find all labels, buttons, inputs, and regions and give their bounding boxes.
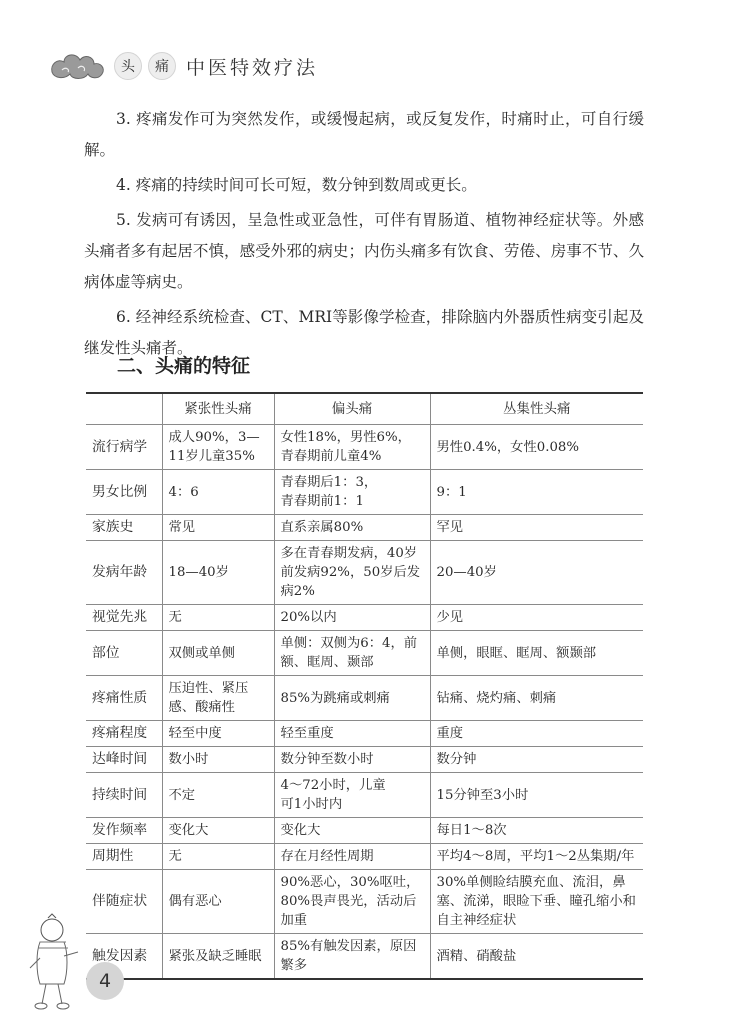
table-row: 发病年龄18—40岁多在青春期发病，40岁前发病92%，50岁后发病2%20—4… [86, 541, 643, 605]
auspicious-cloud-icon [48, 48, 108, 84]
table-row-header: 家族史 [86, 515, 162, 541]
table-cell: 轻至重度 [274, 721, 430, 747]
table-cell: 无 [162, 844, 274, 870]
table-header-cell: 丛集性头痛 [430, 393, 643, 425]
table-cell: 85%有触发因素，原因繁多 [274, 934, 430, 980]
book-title: 中医特效疗法 [186, 53, 318, 80]
table-row: 周期性无存在月经性周期平均4～8周，平均1～2丛集期/年 [86, 844, 643, 870]
table-cell: 15分钟至3小时 [430, 773, 643, 818]
table-cell: 数分钟至数小时 [274, 747, 430, 773]
body-text: 3. 疼痛发作可为突然发作，或缓慢起病，或反复发作，时痛时止，可自行缓解。 4.… [84, 104, 644, 368]
table-row-header: 流行病学 [86, 425, 162, 470]
table-row-header: 视觉先兆 [86, 605, 162, 631]
table-row: 家族史常见直系亲属80%罕见 [86, 515, 643, 541]
table-cell: 压迫性、紧压感、酸痛性 [162, 676, 274, 721]
table-cell: 85%为跳痛或刺痛 [274, 676, 430, 721]
table-cell: 少见 [430, 605, 643, 631]
table-cell: 双侧或单侧 [162, 631, 274, 676]
section-title: 二、头痛的特征 [117, 351, 250, 378]
table-row-header: 男女比例 [86, 470, 162, 515]
table-row: 持续时间不定4～72小时，儿童可1小时内15分钟至3小时 [86, 773, 643, 818]
child-figure-illustration [22, 912, 84, 1012]
table-row-header: 周期性 [86, 844, 162, 870]
table-cell: 每日1～8次 [430, 818, 643, 844]
table-row: 触发因素紧张及缺乏睡眠85%有触发因素，原因繁多酒精、硝酸盐 [86, 934, 643, 980]
table-cell: 酒精、硝酸盐 [430, 934, 643, 980]
table-header-row: 紧张性头痛 偏头痛 丛集性头痛 [86, 393, 643, 425]
table-cell: 钻痛、烧灼痛、刺痛 [430, 676, 643, 721]
table-cell: 平均4～8周，平均1～2丛集期/年 [430, 844, 643, 870]
table-cell: 不定 [162, 773, 274, 818]
table-cell: 紧张及缺乏睡眠 [162, 934, 274, 980]
table-row: 视觉先兆无20%以内少见 [86, 605, 643, 631]
paragraph: 5. 发病可有诱因，呈急性或亚急性，可伴有胃肠道、植物神经症状等。外感头痛者多有… [84, 205, 644, 298]
table-row-header: 发作频率 [86, 818, 162, 844]
table-cell: 数分钟 [430, 747, 643, 773]
table-row-header: 疼痛性质 [86, 676, 162, 721]
table-cell: 男性0.4%，女性0.08% [430, 425, 643, 470]
table-header-cell: 偏头痛 [274, 393, 430, 425]
running-header: 头 痛 中医特效疗法 [48, 48, 318, 84]
table-cell: 直系亲属80% [274, 515, 430, 541]
table-cell: 变化大 [274, 818, 430, 844]
table-cell: 多在青春期发病，40岁前发病92%，50岁后发病2% [274, 541, 430, 605]
paragraph: 4. 疼痛的持续时间可长可短，数分钟到数周或更长。 [84, 170, 644, 201]
table-cell: 9：1 [430, 470, 643, 515]
table-row: 达峰时间数小时数分钟至数小时数分钟 [86, 747, 643, 773]
table-row-header: 部位 [86, 631, 162, 676]
table-cell: 常见 [162, 515, 274, 541]
header-circle-char: 痛 [148, 52, 176, 80]
table-row-header: 伴随症状 [86, 870, 162, 934]
table-cell: 18—40岁 [162, 541, 274, 605]
table-row-header: 发病年龄 [86, 541, 162, 605]
table-cell: 无 [162, 605, 274, 631]
table-row: 部位双侧或单侧单侧：双侧为6：4，前额、眶周、颞部单侧，眼眶、眶周、额颞部 [86, 631, 643, 676]
table-cell: 罕见 [430, 515, 643, 541]
table-row-header: 疼痛程度 [86, 721, 162, 747]
table-row: 男女比例4：6青春期后1：3，青春期前1：19：1 [86, 470, 643, 515]
paragraph: 3. 疼痛发作可为突然发作，或缓慢起病，或反复发作，时痛时止，可自行缓解。 [84, 104, 644, 166]
headache-comparison-table: 紧张性头痛 偏头痛 丛集性头痛 流行病学成人90%，3—11岁儿童35%女性18… [86, 392, 643, 980]
table-cell: 20%以内 [274, 605, 430, 631]
table-row-header: 达峰时间 [86, 747, 162, 773]
page-number: 4 [86, 962, 124, 1000]
table-cell: 偶有恶心 [162, 870, 274, 934]
table-cell: 单侧，眼眶、眶周、额颞部 [430, 631, 643, 676]
table-cell: 20—40岁 [430, 541, 643, 605]
table-row: 疼痛性质压迫性、紧压感、酸痛性85%为跳痛或刺痛钻痛、烧灼痛、刺痛 [86, 676, 643, 721]
table-row: 发作频率变化大变化大每日1～8次 [86, 818, 643, 844]
table-cell: 重度 [430, 721, 643, 747]
table-cell: 单侧：双侧为6：4，前额、眶周、颞部 [274, 631, 430, 676]
table-cell: 30%单侧睑结膜充血、流泪，鼻塞、流涕，眼睑下垂、瞳孔缩小和自主神经症状 [430, 870, 643, 934]
table-header-cell: 紧张性头痛 [162, 393, 274, 425]
table-cell: 数小时 [162, 747, 274, 773]
table-header-cell [86, 393, 162, 425]
table-cell: 青春期后1：3，青春期前1：1 [274, 470, 430, 515]
table-row: 疼痛程度轻至中度轻至重度重度 [86, 721, 643, 747]
table-row: 流行病学成人90%，3—11岁儿童35%女性18%，男性6%，青春期前儿童4%男… [86, 425, 643, 470]
table-cell: 4：6 [162, 470, 274, 515]
table-cell: 轻至中度 [162, 721, 274, 747]
table-cell: 存在月经性周期 [274, 844, 430, 870]
table-cell: 4～72小时，儿童可1小时内 [274, 773, 430, 818]
header-circle-char: 头 [114, 52, 142, 80]
table-cell: 成人90%，3—11岁儿童35% [162, 425, 274, 470]
table-row: 伴随症状偶有恶心90%恶心，30%呕吐，80%畏声畏光，活动后加重30%单侧睑结… [86, 870, 643, 934]
table-cell: 变化大 [162, 818, 274, 844]
table-row-header: 持续时间 [86, 773, 162, 818]
table-cell: 90%恶心，30%呕吐，80%畏声畏光，活动后加重 [274, 870, 430, 934]
table-cell: 女性18%，男性6%，青春期前儿童4% [274, 425, 430, 470]
